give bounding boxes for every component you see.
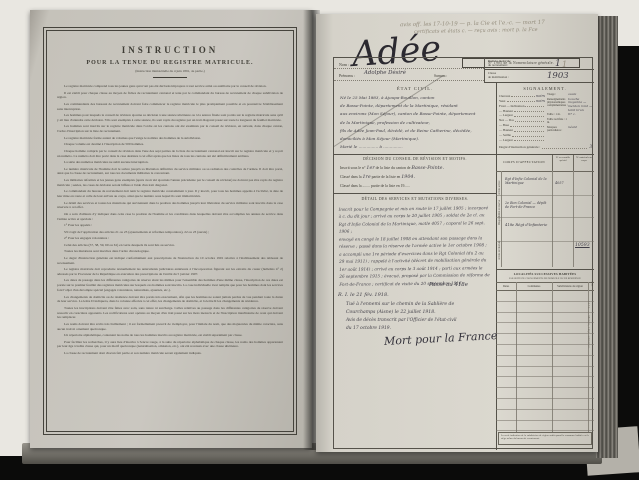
localites-header-row: Dates Communes Subdivisions de région D.… <box>496 282 594 291</box>
service-line: Fort-de-France ; certificat de visite du… <box>339 279 493 288</box>
signalement-field-row: Yeux noirs <box>499 98 545 103</box>
services-header: DÉTAIL DES SERVICES ET MUTATIONS DIVERSE… <box>334 197 496 201</box>
corps-header-rule <box>496 171 594 172</box>
entry-tue-line2: Courchamps (Aisne) le 22 juillet 1918. <box>346 310 436 315</box>
corps-entry-3: 418e Régt d'Infanterie <box>505 223 551 227</box>
title-rule <box>153 77 187 78</box>
localites-row <box>496 388 594 399</box>
decision-l1-number: 1er <box>366 166 374 171</box>
instruction-subtitle: POUR LA TENUE DU REGISTRE MATRICULE. <box>57 60 283 66</box>
entry-passe-au-418: Passé au 418e <box>429 282 468 288</box>
signalement-field-label: — Saillie <box>499 133 511 137</box>
instruction-paragraph: Les commandants des bureaux de recruteme… <box>57 102 283 112</box>
corps-grid-line <box>552 171 553 267</box>
marques-label: Marques particulières : <box>547 126 568 133</box>
entry-tue-line1: Tué à l'ennemi sur le chemin de la Sabli… <box>346 302 454 307</box>
signalement-left-column: Cheveux noirs Yeux noirs Front — Inclina… <box>499 93 545 142</box>
signalement-field-label: — Base <box>499 123 509 127</box>
decision-header: DÉCISION DU CONSEIL DE RÉVISION ET MOTIF… <box>334 157 496 161</box>
signalement-field-row: — Largeur <box>499 113 545 118</box>
localites-table: LOCALITÉS SUCCESSIVES HABITÉES PAR SUITE… <box>496 269 594 446</box>
signalement-field-row: Cheveux noirs <box>499 93 545 98</box>
entry-avis-line1: Avis de décès transcrit par l'Officier d… <box>346 318 457 323</box>
instruction-border-box: INSTRUCTION POUR LA TENUE DU REGISTRE MA… <box>46 30 294 432</box>
renseignements-row: Renseignements physionomiques complément… <box>547 98 593 112</box>
scanned-register-spread: INSTRUCTION POUR LA TENUE DU REGISTRE MA… <box>0 0 639 480</box>
taille-label: Taille : 1 m. <box>547 113 568 117</box>
signalement-field-row: — Base <box>499 122 545 127</box>
instruction-paragraph: Les militaires réformés et les jeunes ge… <box>57 178 283 188</box>
corps-row-line <box>496 195 594 196</box>
instruction-paragraph: Pour faciliter les recherches, il y aura… <box>57 340 283 350</box>
instruction-paragraph: Les hommes sont inscrits sur le registre… <box>57 124 283 134</box>
etat-civil-line: Né le 25 Mai 1883, à Ajoupa-Bouillon, ca… <box>340 94 492 102</box>
taille-row: Taille : 1 m. 67 c. <box>547 113 593 117</box>
instruction-paragraph: Un répertoire alphabétique, contenant le… <box>57 333 283 338</box>
dotted-fill <box>514 140 544 141</box>
signalement-field-value: noirs <box>536 94 545 98</box>
instruction-body: Le registre matricule comprend tous les … <box>57 84 283 356</box>
corps-row-line <box>496 241 594 242</box>
localites-row <box>496 367 594 378</box>
decision-line-2: Classé dans la 1re partie de la liste en… <box>340 175 415 180</box>
signalement-field-label: Yeux <box>499 99 506 103</box>
localites-col-dr: D. R. <box>590 282 592 287</box>
nom-row: Nom : <box>334 58 484 69</box>
localites-row <box>496 291 594 302</box>
corps-col-matricule: N° matricule au corps <box>573 155 594 171</box>
instruction-paragraph: Le numéro matricule de l'homme doit le s… <box>57 167 283 177</box>
decision-line-3: Classé dans la ........ partie de la lis… <box>340 184 410 188</box>
decision-l1-printed-2: de la liste du canton de <box>376 166 411 170</box>
localites-row <box>496 377 594 388</box>
visage-label: Visage : <box>547 93 568 97</box>
dotted-fill <box>525 106 544 107</box>
signalement-field-row: — Saillie <box>499 132 545 137</box>
decision-l2-printed-2: partie de la liste en <box>372 175 401 179</box>
instruction-title: INSTRUCTION <box>57 45 283 55</box>
dotted-fill <box>510 126 544 127</box>
decision-l1-printed: Inscrit sous le n° <box>340 166 365 170</box>
dotted-fill <box>514 116 544 117</box>
dotted-fill <box>514 131 544 132</box>
services-lines: Inscrit pour la Compagnie et mis en rout… <box>339 204 494 288</box>
signalement-field-label: — Largeur <box>499 113 513 117</box>
corps-entry-3-number: 10593 <box>575 243 590 248</box>
corps-row-line <box>496 217 594 218</box>
taille-rectifiee-row: Taille rectifiée : 1 m. <box>547 118 593 125</box>
localites-row <box>496 421 594 432</box>
localites-col-communes: Communes <box>516 285 552 288</box>
instruction-paragraph: Le détail des services et toutes les mut… <box>57 201 283 211</box>
matricule-number-label: Numéro matricule du recrutement : <box>488 60 538 67</box>
service-line: Rgt d'Infie Colonial de la Martinique, m… <box>339 219 493 236</box>
mort-pour-la-france: Mort pour la France <box>384 329 498 348</box>
corps-grid-line <box>573 171 574 267</box>
classe-value: 1903 <box>547 71 569 81</box>
renseignements-label: Renseignements physionomiques complément… <box>547 98 568 112</box>
matricule-form-box: Nom : Prénoms : Adolphe Désiré Surnom : … <box>333 57 593 449</box>
prenoms-value: Adolphe Désiré <box>364 70 406 76</box>
renseignements-value: bouche moyenne — menton rond — teint bru… <box>568 98 593 112</box>
localites-col-dates: Dates <box>496 285 516 288</box>
decision-l2-printed: Classé dans la <box>340 175 362 179</box>
instruction-paragraph: Chaque homme compris par le conseil de r… <box>57 149 283 159</box>
entry-ri-date: R. I. le 21 fév. 1918. <box>338 292 389 298</box>
decision-l1-canton: Basse-Pointe. <box>411 166 444 171</box>
instruction-paragraph: Il est établi pour chaque classe au moye… <box>57 91 283 101</box>
printer-imprint: 1171. — Melun, imp. admtive. <box>587 301 591 349</box>
dotted-fill <box>515 121 544 122</box>
instruction-paragraph: Le degré d'instruction générale est indi… <box>57 256 283 266</box>
corps-entry-1-number: 4057 <box>555 181 564 185</box>
localites-row <box>496 345 594 356</box>
signalement-header: SIGNALEMENT. <box>496 86 594 91</box>
signalement-field-label: Front — Inclinaison <box>499 104 524 108</box>
instruction-paragraph: La classe de recrutement dont chacun fai… <box>57 351 283 356</box>
matricule-label-line2: du recrutement : <box>488 63 508 67</box>
degre-label: Degré d'instruction générale : <box>499 145 540 149</box>
classe-cell: Classe de mobilisation : 1903 <box>484 70 594 83</box>
instruction-paragraph: Celui des articles (57, 58, 59, 60 ou 61… <box>57 243 283 248</box>
marques-value: néant <box>568 126 593 133</box>
dotted-fill <box>507 101 536 102</box>
dotted-fill <box>512 136 544 137</box>
instruction-paragraph: Les hommes pour lesquels le conseil de r… <box>57 113 283 123</box>
corps-side-label-territoriale: Armée territoriale <box>498 241 501 260</box>
signalement-field-label: Nez — Dos <box>499 118 514 122</box>
dotted-fill <box>511 96 535 97</box>
instruction-paragraph: Toutes les inscriptions doivent être fai… <box>57 306 283 320</box>
entry-avis-line2: du 17 octobre 1919. <box>346 326 391 331</box>
right-page-matricule-sheet: avis off. les 17-10-19 — p. la Cie et l'… <box>316 14 598 452</box>
localites-row <box>496 302 594 313</box>
etat-civil-header: ÉTAT CIVIL. <box>334 86 496 91</box>
decision-box: DÉCISION DU CONSEIL DE RÉVISION ET MOTIF… <box>334 154 496 194</box>
corps-affectation-table: CORPS D'AFFECTATION N° au contrôle spéci… <box>496 154 594 266</box>
signalement-field-label: — Hauteur <box>499 109 513 113</box>
instruction-paragraph: Les dates de passage dans les différente… <box>57 278 283 292</box>
signalement-field-label: Cheveux <box>499 94 510 98</box>
signalement-field-row: — Largeur <box>499 137 545 142</box>
signalement-field-label: — Largeur <box>499 138 513 142</box>
localites-col-subdivisions: Subdivisions de région <box>552 285 588 288</box>
marques-row: Marques particulières : néant <box>547 126 593 133</box>
instruction-paragraph: Toutes les mutations sont inscrites dans… <box>57 249 283 254</box>
degre-value: 3 <box>589 144 592 149</box>
etat-civil-line: de Basse-Pointe, département de la Marti… <box>340 102 492 110</box>
instruction-paragraph: S'il s'agit de l'application des article… <box>57 230 283 235</box>
decision-l2-year: 1904. <box>401 175 415 180</box>
etat-civil-line: Marié le ............... à .............… <box>340 143 492 151</box>
instruction-paragraph: 2° Pour les engagés volontaires : <box>57 236 283 241</box>
localites-footnote: La seule indication de la subdivision de… <box>498 432 592 445</box>
matricule-number-value: 1 <box>555 59 561 69</box>
localites-empty-rows <box>496 291 594 431</box>
corps-header: CORPS D'AFFECTATION <box>496 155 552 171</box>
instruction-subnote: (Instruction ministérielle du 4 juin 189… <box>57 69 283 73</box>
instruction-paragraph: Le registre matricule doit reproduire te… <box>57 267 283 277</box>
classe-label: Classe de mobilisation : <box>488 72 538 79</box>
etat-civil-line: aux environs (Mon Séjour), canton de Bas… <box>340 110 492 118</box>
dotted-fill <box>514 111 544 112</box>
localites-row <box>496 410 594 421</box>
signalement-right-column: Visage : ovale Renseignements physionomi… <box>547 93 593 134</box>
corps-entry-1: Rgt d'Infie Colonial de la Martinique <box>505 177 551 185</box>
instruction-paragraph: Chaque volume est destiné à l'inscriptio… <box>57 142 283 147</box>
corps-side-label-active: Armée active <box>498 181 501 195</box>
signalement-field-value: noirs <box>536 99 545 103</box>
instruction-paragraph: Les changements de domicile ou de réside… <box>57 295 283 305</box>
corps-entry-2: 2e Bon Colonial — dépôt de Fort-de-Franc… <box>505 201 551 209</box>
instruction-paragraph: La série des numéros matricules ne subit… <box>57 160 283 165</box>
etat-civil-lines: Né le 25 Mai 1883, à Ajoupa-Bouillon, ca… <box>340 94 492 151</box>
prenoms-row: Prénoms : Adolphe Désiré Surnom : <box>334 69 484 81</box>
signalement-field-row: — Hauteur <box>499 127 545 132</box>
localites-row <box>496 356 594 367</box>
signalement-field-row: Nez — Dos <box>499 117 545 122</box>
classe-label-line2: de mobilisation : <box>488 75 509 79</box>
decision-l2-part: 1re <box>362 175 370 180</box>
instruction-paragraph: Le registre matricule forme autant de vo… <box>57 136 283 141</box>
instruction-paragraph: Le registre matricule comprend tous les … <box>57 84 283 89</box>
prenoms-label: Prénoms : <box>339 73 355 78</box>
instruction-paragraph: Les noms doivent être écrits très lisibl… <box>57 322 283 332</box>
localites-row <box>496 323 594 334</box>
degre-instruction-row: Degré d'instruction générale : 3 <box>499 144 592 149</box>
left-page-instructions: INSTRUCTION POUR LA TENUE DU REGISTRE MA… <box>30 10 312 448</box>
localites-row <box>496 399 594 410</box>
matricule-number-cell: Numéro matricule du recrutement : 1 <box>484 58 594 70</box>
localites-row <box>496 313 594 324</box>
signalement-field-row: Front — Inclinaison <box>499 103 545 108</box>
book-page-stack-edge <box>596 16 618 458</box>
taille-rectifiee-label: Taille rectifiée : 1 m. <box>547 118 568 125</box>
localites-row <box>496 334 594 345</box>
etat-civil-line: domiciliés à Mon Séjour (Martinique). <box>340 135 492 143</box>
localites-title: LOCALITÉS SUCCESSIVES HABITÉES <box>496 272 594 276</box>
instruction-paragraph: Le commandant du bureau de recrutement d… <box>57 189 283 199</box>
instruction-paragraph: On a soin d'ailleurs d'y indiquer dans c… <box>57 212 283 222</box>
taille-value: 67 c. <box>568 113 593 117</box>
decision-line-1: Inscrit sous le n° 1er de la liste du ca… <box>340 166 444 171</box>
localites-subtitle: PAR SUITE DE CHANGEMENTS DE DOMICILE OU … <box>496 277 594 280</box>
dotted-fill <box>542 148 587 149</box>
signalement-field-row: — Hauteur <box>499 108 545 113</box>
taille-rectifiee-value <box>568 118 593 125</box>
corps-side-label-reserve: Disponibilité et réserve <box>498 200 501 225</box>
nom-label: Nom : <box>339 62 349 67</box>
signalement-field-label: — Hauteur <box>499 128 513 132</box>
corps-col-controle: N° au contrôle spécial <box>552 155 573 171</box>
instruction-paragraph: 1° Pour les appelés : <box>57 223 283 228</box>
